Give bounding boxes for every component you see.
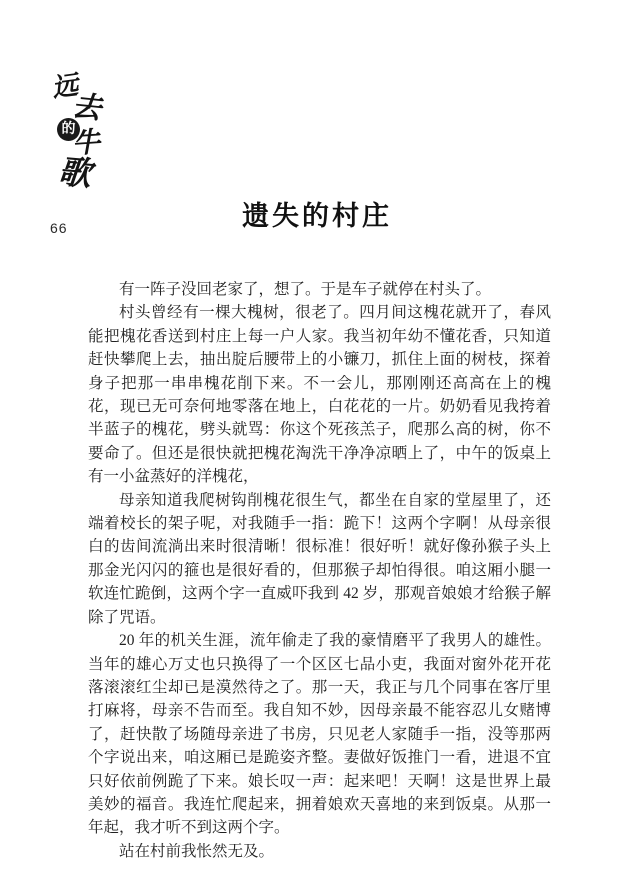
paragraph: 站在村前我怅然无及。 (88, 840, 551, 863)
calligraphy-char: 歌 (57, 157, 93, 193)
paragraph: 母亲知道我爬树钩削槐花很生气，都坐在自家的堂屋里了，还端着校长的架子呢，对我随手… (88, 489, 551, 629)
article-body: 有一阵子没回老家了，想了。于是车子就停在村头了。 村头曾经有一棵大槐树，很老了。… (88, 278, 551, 863)
book-title-calligraphy: 远 去 的 牛 歌 (40, 70, 120, 210)
paragraph: 村头曾经有一棵大槐树，很老了。四月间这槐花就开了，春风能把槐花香送到村庄上每一户… (88, 301, 551, 488)
calligraphy-char: 牛 (71, 129, 101, 159)
paragraph: 有一阵子没回老家了，想了。于是车子就停在村头了。 (88, 278, 551, 301)
book-page: 远 去 的 牛 歌 66 遗失的村庄 有一阵子没回老家了，想了。于是车子就停在村… (0, 0, 634, 891)
paragraph: 20 年的机关生涯，流年偷走了我的豪情磨平了我男人的雄性。当年的雄心万丈也只换得… (88, 629, 551, 840)
article-title: 遗失的村庄 (0, 194, 634, 233)
